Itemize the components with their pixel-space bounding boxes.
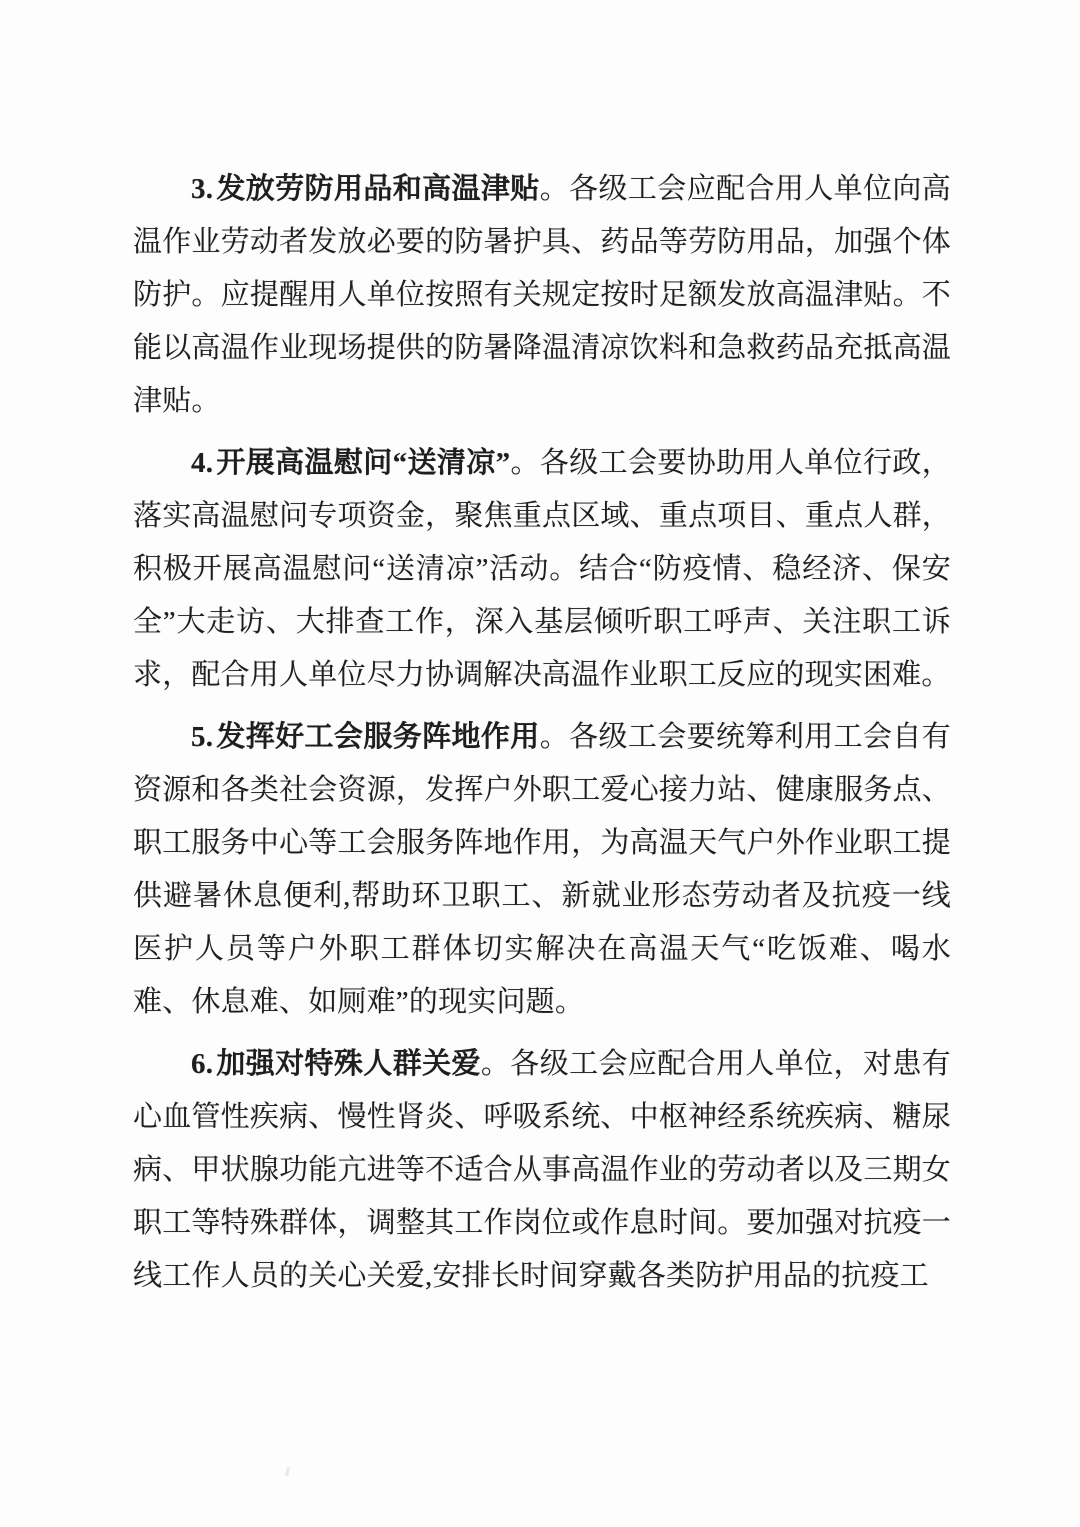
document-body: 3.发放劳防用品和高温津贴。各级工会应配合用人单位向高温作业劳动者发放必要的防暑… xyxy=(133,163,951,1303)
paragraph-3-heading-stop: 。 xyxy=(540,173,569,205)
paragraph-4-heading: 开展高温慰问“送清凉” xyxy=(216,447,510,479)
scan-speck xyxy=(285,1467,290,1476)
paragraph-5-heading-stop: 。 xyxy=(540,721,569,753)
paragraph-6: 6.加强对特殊人群关爱。各级工会应配合用人单位，对患有心血管性疾病、慢性肾炎、呼… xyxy=(133,1038,951,1303)
paragraph-3-number: 3. xyxy=(191,173,216,205)
paragraph-4: 4.开展高温慰问“送清凉”。各级工会要协助用人单位行政，落实高温慰问专项资金，聚… xyxy=(133,437,951,702)
paragraph-4-text: 各级工会要协助用人单位行政，落实高温慰问专项资金，聚焦重点区域、重点项目、重点人… xyxy=(133,447,951,691)
paragraph-5: 5.发挥好工会服务阵地作用。各级工会要统筹利用工会自有资源和各类社会资源，发挥户… xyxy=(133,711,951,1029)
paragraph-3: 3.发放劳防用品和高温津贴。各级工会应配合用人单位向高温作业劳动者发放必要的防暑… xyxy=(133,163,951,428)
paragraph-5-text: 各级工会要统筹利用工会自有资源和各类社会资源，发挥户外职工爱心接力站、健康服务点… xyxy=(133,721,951,1018)
document-page: 3.发放劳防用品和高温津贴。各级工会应配合用人单位向高温作业劳动者发放必要的防暑… xyxy=(0,0,1080,1527)
paragraph-6-heading-stop: 。 xyxy=(481,1048,510,1080)
paragraph-6-text: 各级工会应配合用人单位，对患有心血管性疾病、慢性肾炎、呼吸系统、中枢神经系统疾病… xyxy=(133,1048,951,1292)
paragraph-6-heading: 加强对特殊人群关爱 xyxy=(216,1048,481,1080)
paragraph-4-heading-stop: 。 xyxy=(510,447,540,479)
paragraph-3-text: 各级工会应配合用人单位向高温作业劳动者发放必要的防暑护具、药品等劳防用品，加强个… xyxy=(133,173,951,417)
paragraph-5-number: 5. xyxy=(191,721,216,753)
paragraph-3-heading: 发放劳防用品和高温津贴 xyxy=(216,173,540,205)
paragraph-6-number: 6. xyxy=(191,1048,216,1080)
paragraph-5-heading: 发挥好工会服务阵地作用 xyxy=(216,721,540,753)
paragraph-4-number: 4. xyxy=(191,447,216,479)
